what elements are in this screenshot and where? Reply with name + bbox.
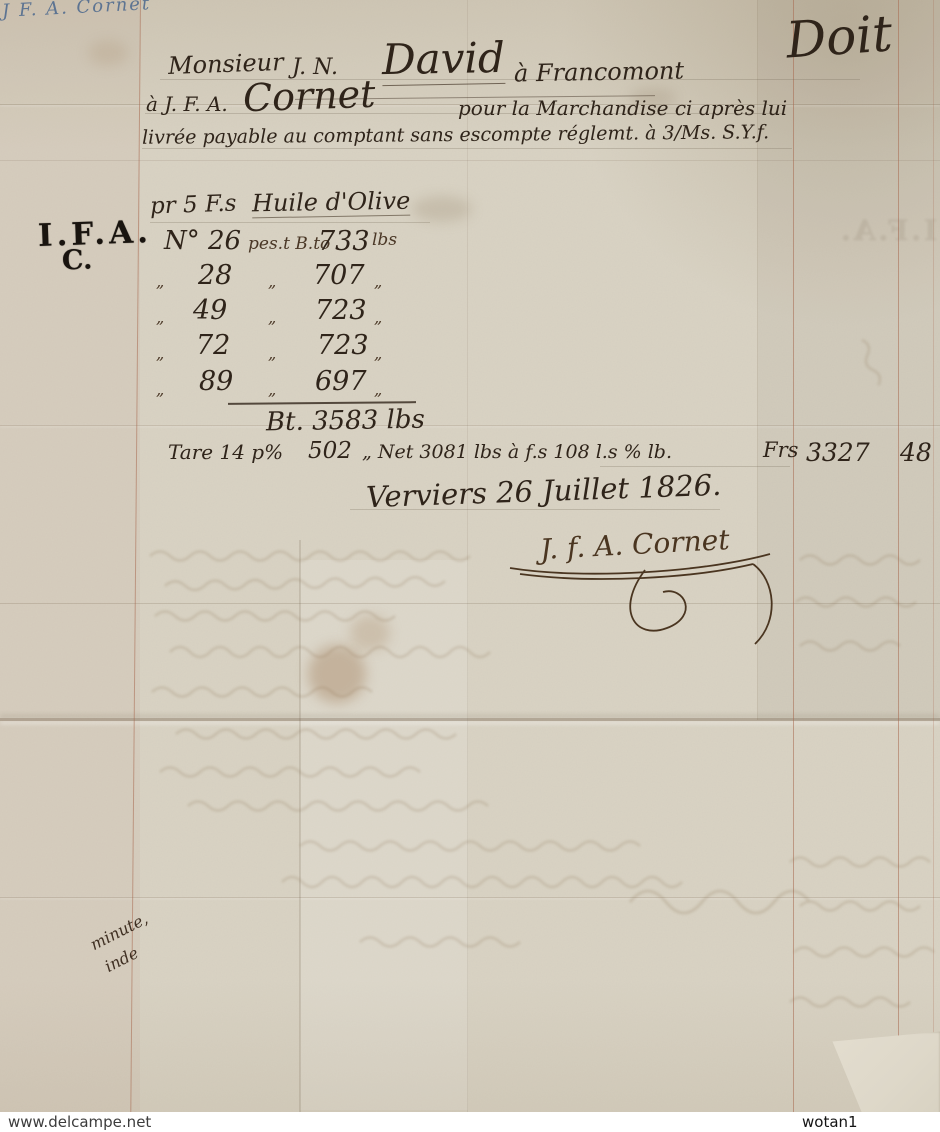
doit-heading: Doit bbox=[784, 4, 894, 69]
watermark-left: www.delcampe.net bbox=[8, 1112, 151, 1132]
row-unit: „ bbox=[374, 380, 382, 399]
amount-francs: 3327 bbox=[806, 438, 870, 467]
row-ditto: „ bbox=[156, 380, 164, 399]
money-rule-3 bbox=[933, 0, 934, 1035]
margin-note-line1: minute, bbox=[87, 909, 151, 954]
row-weight: 697 bbox=[315, 366, 367, 397]
terms-line: livrée payable au comptant sans escompte… bbox=[142, 121, 769, 148]
row-ditto: „ bbox=[156, 344, 164, 363]
tare-label: Tare 14 p% bbox=[168, 440, 283, 464]
debtor-place: à Francomont bbox=[514, 57, 684, 88]
row-weight: 723 bbox=[315, 295, 367, 326]
amount-cents: 48 bbox=[900, 438, 932, 467]
row-no: 89 bbox=[199, 366, 233, 397]
ifa-handstamp-line2: C. bbox=[61, 244, 92, 276]
row-ditto: „ bbox=[156, 308, 164, 327]
row-unit: lbs bbox=[372, 230, 397, 250]
stain bbox=[350, 615, 390, 651]
stain bbox=[88, 40, 128, 66]
row-weight: 733 bbox=[318, 226, 370, 257]
row-ditto: „ bbox=[268, 308, 276, 327]
row-no: 49 bbox=[193, 295, 227, 326]
shading-bottom bbox=[0, 980, 940, 1112]
money-rule-2 bbox=[898, 0, 899, 1040]
row-ditto: „ bbox=[268, 344, 276, 363]
signature-flourish bbox=[495, 540, 795, 660]
seller-name: Cornet bbox=[242, 72, 376, 121]
total-weight: Bt. 3583 lbs bbox=[266, 405, 425, 438]
guide-line bbox=[600, 466, 790, 467]
fold-crease bbox=[0, 603, 940, 604]
product-name: Huile d'Olive bbox=[252, 187, 411, 219]
stain bbox=[308, 645, 366, 703]
fold-crease-vertical bbox=[299, 540, 301, 1112]
line2-text: pour la Marchandise ci après lui bbox=[458, 96, 787, 120]
shading-mid-light-band bbox=[300, 560, 468, 1110]
ghost-writing bbox=[0, 0, 940, 1132]
row-no: 28 bbox=[198, 260, 232, 291]
row-unit: „ bbox=[374, 272, 382, 291]
row-ditto: „ bbox=[156, 272, 164, 291]
fold-crease bbox=[0, 897, 940, 898]
row-ditto: „ bbox=[268, 380, 276, 399]
fold-crease-major bbox=[0, 718, 940, 721]
seller-prefix: à J. F. A. bbox=[146, 92, 228, 116]
currency-label: Frs bbox=[763, 438, 798, 462]
ifa-handstamp-line1: I.F.A. bbox=[37, 214, 152, 254]
stain bbox=[412, 196, 472, 222]
row-unit: „ bbox=[374, 344, 382, 363]
fold-crease bbox=[0, 425, 940, 426]
watermark-right: wotan1 bbox=[802, 1112, 858, 1132]
tare-value: 502 bbox=[308, 438, 352, 464]
shading-left-strip bbox=[0, 0, 140, 1112]
fold-crease bbox=[0, 160, 940, 161]
guide-line bbox=[150, 222, 430, 223]
row-no: N° 26 bbox=[164, 226, 241, 256]
net-text: „ Net 3081 lbs à f.s 108 l.s % lb. bbox=[362, 441, 672, 463]
row-unit: „ bbox=[374, 308, 382, 327]
stamp-bleed-ghost: I.F.A. bbox=[838, 214, 937, 247]
paper-texture bbox=[0, 0, 940, 1132]
scanned-letter-1826: I.F.A. J F. A. Cornet Doit Monsieur J. N… bbox=[0, 0, 940, 1132]
row-ditto: „ bbox=[268, 272, 276, 291]
guide-line bbox=[142, 148, 792, 149]
dateline: Verviers 26 Juillet 1826. bbox=[366, 468, 722, 514]
row-weight: 707 bbox=[313, 260, 365, 291]
row-no: 72 bbox=[196, 330, 230, 361]
folded-corner bbox=[828, 1030, 940, 1112]
row-weight: 723 bbox=[317, 330, 369, 361]
debtor-name: David bbox=[382, 33, 506, 86]
fold-crease-vertical bbox=[467, 0, 468, 1112]
blue-collector-note: J F. A. Cornet bbox=[2, 0, 152, 22]
product-prefix: pr 5 F.s bbox=[150, 190, 237, 219]
watermark-bar: www.delcampe.net wotan1 bbox=[0, 1112, 940, 1132]
margin-note-line2: inde bbox=[102, 943, 142, 976]
